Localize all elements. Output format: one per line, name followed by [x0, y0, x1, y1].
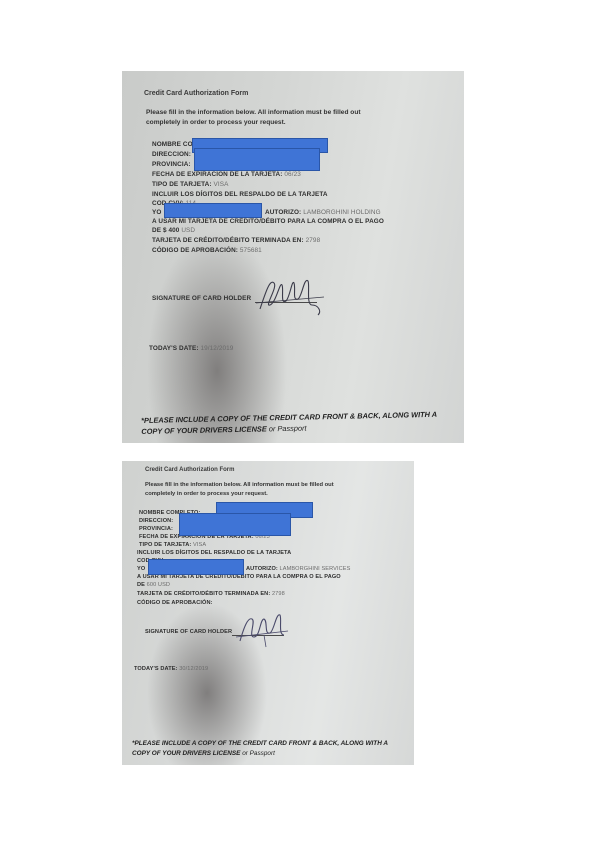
expiracion-label: FECHA DE EXPIRACIÓN DE LA TARJETA: [152, 171, 283, 178]
provincia-label: PROVINCIA: [152, 161, 191, 168]
form-title: Credit Card Authorization Form [145, 467, 234, 473]
monto-label: DE [137, 582, 145, 588]
copy-note-line-1: *PLEASE INCLUDE A COPY OF THE CREDIT CAR… [132, 739, 388, 749]
signature-label: SIGNATURE OF CARD HOLDER [145, 629, 232, 635]
terminada-row: TARJETA DE CRÉDITO/DÉBITO TERMINADA EN: … [137, 591, 285, 597]
tipo-value: VISA [213, 181, 228, 188]
terminada-row: TARJETA DE CRÉDITO/DÉBITO TERMINADA EN: … [152, 237, 320, 244]
incluir-label: INCLUIR LOS DÍGITOS DEL RESPALDO DE LA T… [152, 191, 328, 198]
signature-label: SIGNATURE OF CARD HOLDER [152, 295, 251, 302]
copy-note-line-2: COPY OF YOUR DRIVERS LICENSE or Passport [132, 749, 388, 759]
signature-scribble-icon [252, 271, 332, 321]
intro-line-2: completely in order to process your requ… [145, 490, 268, 499]
intro-line-1: Please fill in the information below. Al… [146, 108, 361, 118]
aprobacion-row: CÓDIGO DE APROBACIÓN: [137, 600, 213, 606]
provincia-label: PROVINCIA: [139, 526, 173, 532]
intro-line-1: Please fill in the information below. Al… [145, 481, 334, 490]
autorizo-label: AUTORIZO: [246, 566, 278, 572]
terminada-label: TARJETA DE CRÉDITO/DÉBITO TERMINADA EN: [152, 237, 304, 244]
date-row: TODAY'S DATE: 19/12/2019 [149, 345, 233, 352]
terminada-value: 2798 [272, 591, 285, 597]
autorizo-value: LAMBORGHINI HOLDING [303, 209, 381, 216]
form-photo-1: Credit Card Authorization Form Please fi… [122, 71, 464, 443]
date-label: TODAY'S DATE: [134, 666, 178, 672]
expiracion-value: 06/23 [284, 171, 301, 178]
signature-scribble-icon [234, 607, 294, 651]
tipo-value: VISA [193, 542, 206, 548]
copy-note: *PLEASE INCLUDE A COPY OF THE CREDIT CAR… [132, 739, 388, 759]
copy-note: *PLEASE INCLUDE A COPY OF THE CREDIT CAR… [141, 409, 437, 437]
monto-label: DE $ 400 [152, 227, 179, 234]
autorizo-row: AUTORIZO: LAMBORGHINI SERVICES [246, 566, 350, 572]
autorizo-row: AUTORIZO: LAMBORGHINI HOLDING [265, 209, 381, 216]
autorizo-label: AUTORIZO: [265, 209, 301, 216]
autorizo-value: LAMBORGHINI SERVICES [280, 566, 351, 572]
redaction-direccion-provincia [179, 513, 291, 536]
monto-row: DE 600 USD [137, 582, 170, 588]
expiracion-row: FECHA DE EXPIRACIÓN DE LA TARJETA: 06/23 [152, 171, 301, 178]
tipo-row: TIPO DE TARJETA: VISA [139, 542, 206, 548]
tipo-label: TIPO DE TARJETA: [152, 181, 212, 188]
redaction-yo [164, 203, 262, 218]
tipo-label: TIPO DE TARJETA: [139, 542, 191, 548]
date-value: 30/12/2019 [179, 666, 208, 672]
date-label: TODAY'S DATE: [149, 345, 199, 352]
incluir-label: INCLUIR LOS DÍGITOS DEL RESPALDO DE LA T… [137, 550, 291, 556]
usar-line: A USAR MI TARJETA DE CRÉDITO/DÉBITO PARA… [152, 218, 384, 225]
aprobacion-label: CÓDIGO DE APROBACIÓN: [137, 600, 213, 606]
aprobacion-row: CÓDIGO DE APROBACIÓN: 575681 [152, 247, 262, 254]
terminada-label: TARJETA DE CRÉDITO/DÉBITO TERMINADA EN: [137, 591, 270, 597]
intro-line-2: completely in order to process your requ… [146, 118, 286, 128]
aprobacion-value: 575681 [240, 247, 262, 254]
aprobacion-label: CÓDIGO DE APROBACIÓN: [152, 247, 238, 254]
monto-row: DE $ 400 USD [152, 227, 195, 234]
form-title: Credit Card Authorization Form [144, 90, 248, 97]
monto-value: USD [181, 227, 195, 234]
yo-label: YO [137, 566, 145, 572]
date-value: 19/12/2019 [200, 345, 233, 352]
date-row: TODAY'S DATE: 30/12/2019 [134, 666, 208, 672]
form-photo-2: Credit Card Authorization Form Please fi… [122, 461, 414, 765]
yo-label: YO [152, 209, 161, 216]
direccion-label: DIRECCION: [139, 518, 173, 524]
monto-value: 600 USD [147, 582, 170, 588]
redaction-direccion-provincia [194, 148, 320, 171]
tipo-row: TIPO DE TARJETA: VISA [152, 181, 228, 188]
terminada-value: 2798 [306, 237, 321, 244]
direccion-label: DIRECCION: [152, 151, 191, 158]
redaction-yo [148, 559, 244, 575]
